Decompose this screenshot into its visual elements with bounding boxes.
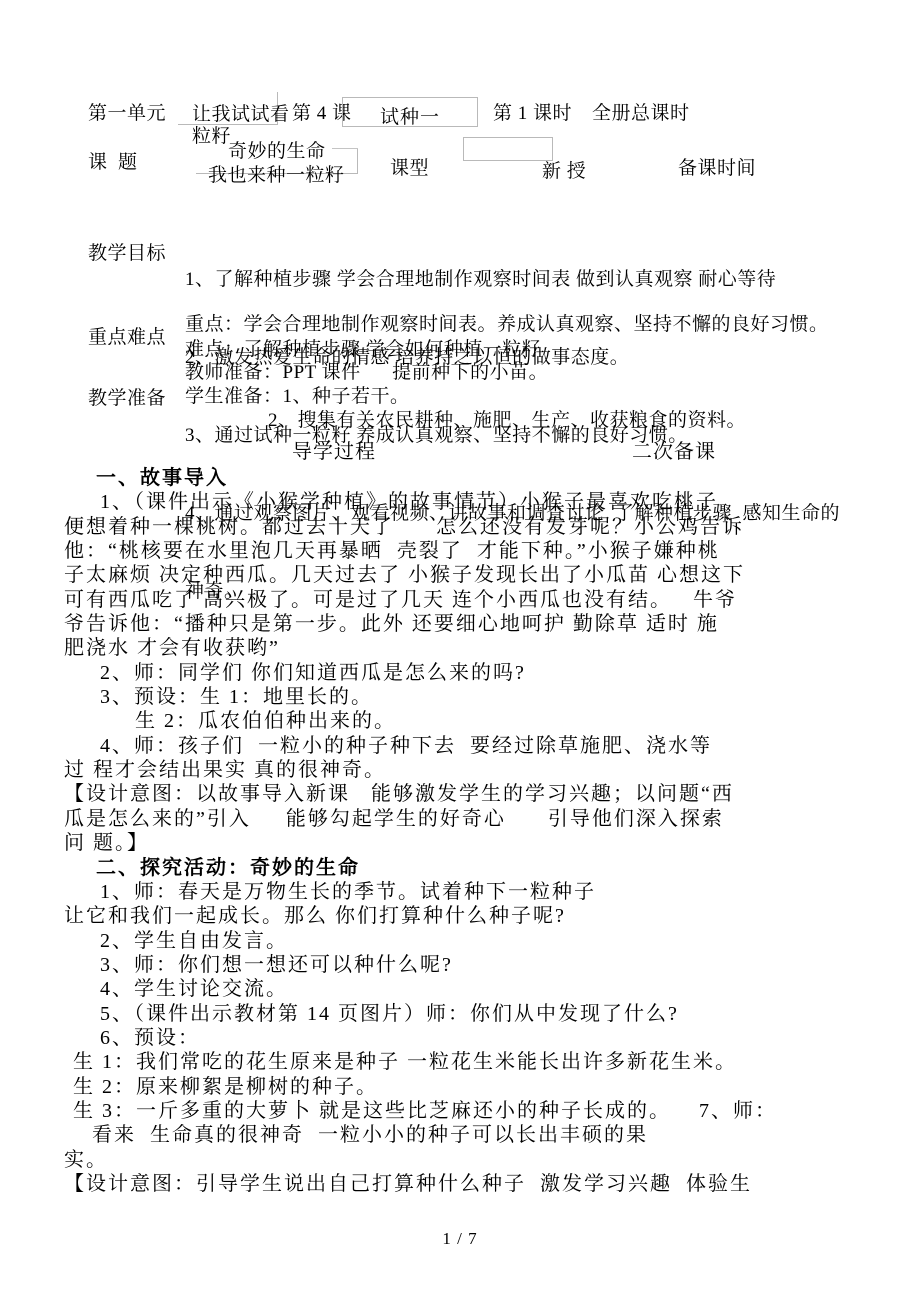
prep-time-label: 备课时间	[678, 158, 756, 179]
body-line: 【设计意图：以故事导入新课 能够激发学生的学习兴趣；以问题“西	[64, 782, 920, 806]
body-line: 一、故事导入	[96, 466, 920, 490]
body-line: 4、学生讨论交流。	[100, 977, 920, 1001]
body-line: 爷告诉他：“播种只是第一步。此外 还要细心地呵护 勤除草 适时 施	[64, 612, 920, 636]
objective-item: 1、了解种植步骤 学会合理地制作观察时间表 做到认真观察 耐心等待	[185, 268, 840, 292]
objectives-label: 教学目标	[88, 243, 166, 264]
student-prep-line2: 2、搜集有关农民耕种、施肥、生产、收获粮食的资料。	[268, 410, 746, 431]
lesson-value-box: 试种一	[342, 97, 478, 127]
process-title: 导学过程	[292, 441, 376, 463]
body-line: 2、师：同学们 你们知道西瓜是怎么来的吗?	[100, 661, 920, 685]
total-periods-label: 全册总课时	[592, 103, 690, 124]
unit-label: 第一单元	[88, 103, 166, 124]
body-line: 3、预设：生 1：地里长的。	[100, 685, 920, 709]
body-line: 2、学生自由发言。	[100, 929, 920, 953]
body-line: 二、探究活动：奇妙的生命	[96, 856, 920, 880]
body-line: 他：“桃核要在水里泡几天再暴晒 壳裂了 才能下种。”小猴子嫌种桃	[64, 539, 920, 563]
student-prep-line: 学生准备：1、种子若干。	[185, 386, 410, 407]
difficulty-line: 难点：了解种植步骤 学会如何种植一粒籽	[185, 339, 541, 360]
body-line: 瓜是怎么来的”引入 能够勾起学生的好奇心 引导他们深入探索	[64, 807, 920, 831]
key-point-line: 重点：学会合理地制作观察时间表。养成认真观察、坚持不懈的良好习惯。	[185, 314, 829, 335]
body-line: 3、师：你们想一想还可以种什么呢?	[100, 953, 920, 977]
body-line: 生 1：我们常吃的花生原来是种子 一粒花生米能长出许多新花生米。	[73, 1050, 920, 1074]
key-points-label: 重点难点	[88, 327, 166, 348]
preparation-label: 教学准备	[88, 388, 166, 409]
body-line: 4、师：孩子们 一粒小的种子种下去 要经过除草施肥、浇水等	[100, 734, 920, 758]
body-line: 问 题。】	[64, 831, 920, 855]
unit-value-line1: 让我试试看	[192, 104, 290, 125]
course-type-value: 新 授	[542, 161, 586, 182]
lesson-value: 试种一	[343, 102, 477, 129]
unit-value-line2: 粒籽	[192, 126, 231, 147]
course-type-label: 课型	[390, 158, 429, 179]
body-line: 看来 生命真的很神奇 一粒小小的种子可以长出丰硕的果	[92, 1123, 920, 1147]
topic-value-line2: 我也来种一粒籽	[208, 165, 345, 186]
body-line: 5、（课件出示教材第 14 页图片）师：你们从中发现了什么?	[100, 1002, 920, 1026]
body-line: 实。	[64, 1148, 920, 1172]
body-line: 生 3：一斤多重的大萝卜 就是这些比芝麻还小的种子长成的。 7、师：	[73, 1099, 920, 1123]
topic-value-box-top-segment	[332, 148, 358, 149]
body-line: 1、（课件出示《小猴学种植》的故事情节）小猴子最喜欢吃桃子	[100, 490, 920, 514]
course-type-empty-box	[463, 137, 553, 161]
body-line: 生 2：原来柳絮是柳树的种子。	[73, 1075, 920, 1099]
body-line: 1、师：春天是万物生长的季节。试着种下一粒种子	[100, 880, 920, 904]
document-page: 第一单元 让我试试看 粒籽 第 4 课 试种一 第 1 课时 全册总课时 课 题…	[0, 0, 920, 1302]
body-line: 肥浇水 才会有收获哟”	[64, 636, 920, 660]
body-line: 可有西瓜吃了 高兴极了。可是过了几天 连个小西瓜也没有结。 牛爷	[64, 588, 920, 612]
teacher-prep-line: 教师准备：PPT 课件 提前种下的小苗。	[185, 362, 548, 383]
body-line: 【设计意图：引导学生说出自己打算种什么种子 激发学习兴趣 体验生	[64, 1172, 920, 1196]
topic-label: 课 题	[88, 152, 138, 173]
secondary-prep-title: 二次备课	[632, 441, 716, 463]
body-line: 6、预设：	[100, 1026, 920, 1050]
body-line: 让它和我们一起成长。那么 你们打算种什么种子呢?	[64, 904, 920, 928]
topic-value-line1: 奇妙的生命	[228, 141, 326, 162]
period-label: 第 1 课时	[493, 103, 572, 124]
body-line: 过 程才会结出果实 真的很神奇。	[64, 758, 920, 782]
page-number: 1 / 7	[0, 1229, 920, 1249]
body-line: 生 2：瓜农伯伯种出来的。	[135, 709, 920, 733]
lesson-body: 一、故事导入 1、（课件出示《小猴学种植》的故事情节）小猴子最喜欢吃桃子 便想着…	[0, 466, 920, 1196]
body-line: 子太麻烦 决定种西瓜。几天过去了 小猴子发现长出了小瓜苗 心想这下	[64, 563, 920, 587]
body-line: 便想着种一棵桃树。都过去十天了 怎么还没有发芽呢？小公鸡告诉	[64, 515, 920, 539]
